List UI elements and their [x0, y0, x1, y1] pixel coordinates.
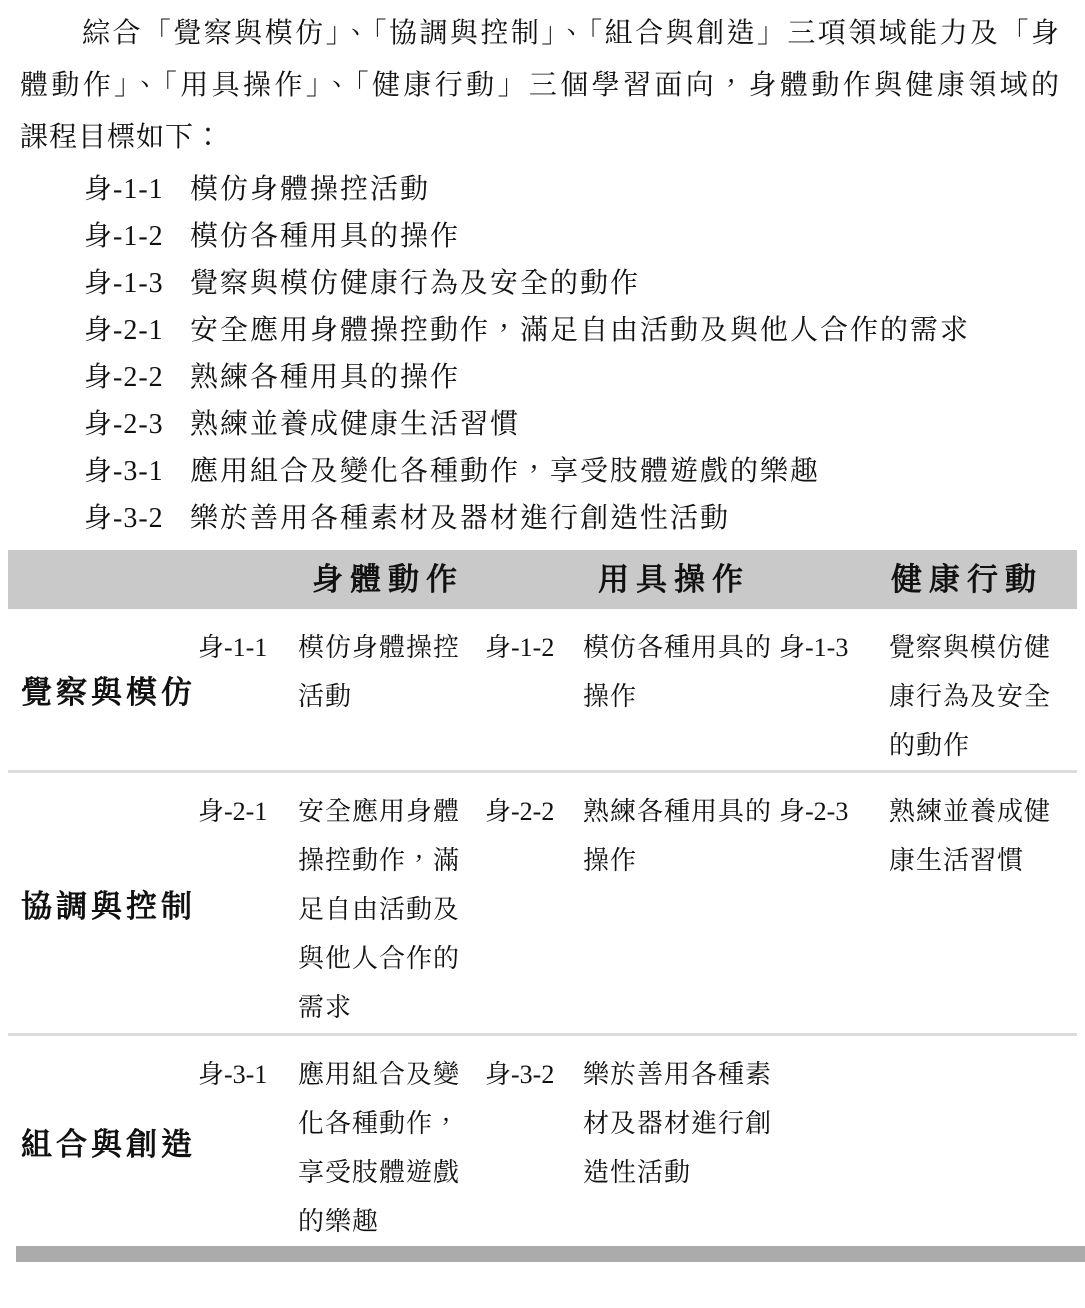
column-header-health-action: 健康行動	[886, 550, 1077, 609]
goal-text: 樂於善用各種素材及器材進行創造性活動	[190, 503, 730, 534]
cell-text: 應用組合及變化各種動作，享受肢體遊戲的樂趣	[295, 1036, 482, 1246]
table-row: 協調與控制 身-2-1 安全應用身體操控動作，滿足自由活動及與他人合作的需求 身…	[8, 770, 1077, 1033]
goal-text: 應用組合及變化各種動作，享受肢體遊戲的樂趣	[190, 456, 820, 487]
goal-code: 身-3-1	[84, 448, 180, 495]
goal-code: 身-1-2	[84, 213, 180, 260]
cell-code: 身-1-2	[482, 609, 580, 770]
header-empty-cell	[195, 550, 295, 609]
cell-text: 熟練各種用具的操作	[580, 773, 776, 1033]
goal-item: 身-2-1安全應用身體操控動作，滿足自由活動及與他人合作的需求	[84, 307, 1085, 354]
cell-code: 身-2-2	[482, 773, 580, 1033]
header-empty-cell	[8, 550, 195, 609]
row-label: 覺察與模仿	[8, 667, 195, 712]
table-bottom-bar	[16, 1246, 1085, 1262]
curriculum-document: 綜合「覺察與模仿」、「協調與控制」、「組合與創造」三項領域能力及「身 體動作」、…	[0, 0, 1085, 1262]
header-empty-cell	[482, 550, 580, 609]
cell-text: 模仿各種用具的操作	[580, 609, 776, 770]
goal-item: 身-1-3覺察與模仿健康行為及安全的動作	[84, 260, 1085, 307]
goal-code: 身-1-1	[84, 166, 180, 213]
goal-item: 身-2-2熟練各種用具的操作	[84, 354, 1085, 401]
row-label: 組合與創造	[8, 1119, 195, 1164]
cell-code	[776, 1036, 886, 1246]
intro-line-1: 綜合「覺察與模仿」、「協調與控制」、「組合與創造」三項領域能力及「身	[20, 8, 1060, 60]
cell-code: 身-1-3	[776, 609, 886, 770]
goal-text: 安全應用身體操控動作，滿足自由活動及與他人合作的需求	[190, 315, 970, 346]
goal-item: 身-2-3熟練並養成健康生活習慣	[84, 401, 1085, 448]
goal-text: 覺察與模仿健康行為及安全的動作	[190, 268, 640, 299]
intro-line-2: 體動作」、「用具操作」、「健康行動」三個學習面向，身體動作與健康領域的	[20, 60, 1060, 112]
cell-code: 身-2-3	[776, 773, 886, 1033]
goal-item: 身-3-2樂於善用各種素材及器材進行創造性活動	[84, 495, 1085, 542]
goal-text: 熟練並養成健康生活習慣	[190, 409, 520, 440]
cell-code: 身-1-1	[195, 609, 295, 770]
goal-code: 身-2-2	[84, 354, 180, 401]
goal-code: 身-2-3	[84, 401, 180, 448]
goals-matrix-table: 身體動作 用具操作 健康行動 覺察與模仿 身-1-1 模仿身體操控活動 身-1-…	[8, 550, 1077, 1262]
goal-code: 身-1-3	[84, 260, 180, 307]
cell-code: 身-3-2	[482, 1036, 580, 1246]
goal-item: 身-1-1模仿身體操控活動	[84, 166, 1085, 213]
cell-text: 安全應用身體操控動作，滿足自由活動及與他人合作的需求	[295, 773, 482, 1033]
goal-text: 模仿身體操控活動	[190, 174, 430, 205]
cell-code: 身-3-1	[195, 1036, 295, 1246]
goal-text: 模仿各種用具的操作	[190, 221, 460, 252]
cell-code: 身-2-1	[195, 773, 295, 1033]
document-page: { "intro": { "full_text": "綜合「覺察與模仿」、「協調…	[0, 0, 1085, 1308]
cell-text: 覺察與模仿健康行為及安全的動作	[886, 609, 1077, 770]
goal-item: 身-3-1應用組合及變化各種動作，享受肢體遊戲的樂趣	[84, 448, 1085, 495]
header-empty-cell	[776, 550, 886, 609]
goal-item: 身-1-2模仿各種用具的操作	[84, 213, 1085, 260]
cell-text: 熟練並養成健康生活習慣	[886, 773, 1077, 1033]
intro-line-3: 課程目標如下：	[20, 112, 1060, 164]
goal-code: 身-2-1	[84, 307, 180, 354]
cell-text	[886, 1036, 1077, 1246]
table-row: 覺察與模仿 身-1-1 模仿身體操控活動 身-1-2 模仿各種用具的操作 身-1…	[8, 609, 1077, 770]
cell-text: 模仿身體操控活動	[295, 609, 482, 770]
row-label: 協調與控制	[8, 881, 195, 926]
curriculum-goal-list: 身-1-1模仿身體操控活動 身-1-2模仿各種用具的操作 身-1-3覺察與模仿健…	[84, 166, 1085, 542]
table-header-row: 身體動作 用具操作 健康行動	[8, 550, 1077, 609]
column-header-tool-operation: 用具操作	[580, 550, 776, 609]
column-header-body-movement: 身體動作	[295, 550, 482, 609]
goal-code: 身-3-2	[84, 495, 180, 542]
cell-text: 樂於善用各種素材及器材進行創造性活動	[580, 1036, 776, 1246]
intro-paragraph: 綜合「覺察與模仿」、「協調與控制」、「組合與創造」三項領域能力及「身 體動作」、…	[20, 8, 1060, 164]
table-row: 組合與創造 身-3-1 應用組合及變化各種動作，享受肢體遊戲的樂趣 身-3-2 …	[8, 1033, 1077, 1246]
goal-text: 熟練各種用具的操作	[190, 362, 460, 393]
